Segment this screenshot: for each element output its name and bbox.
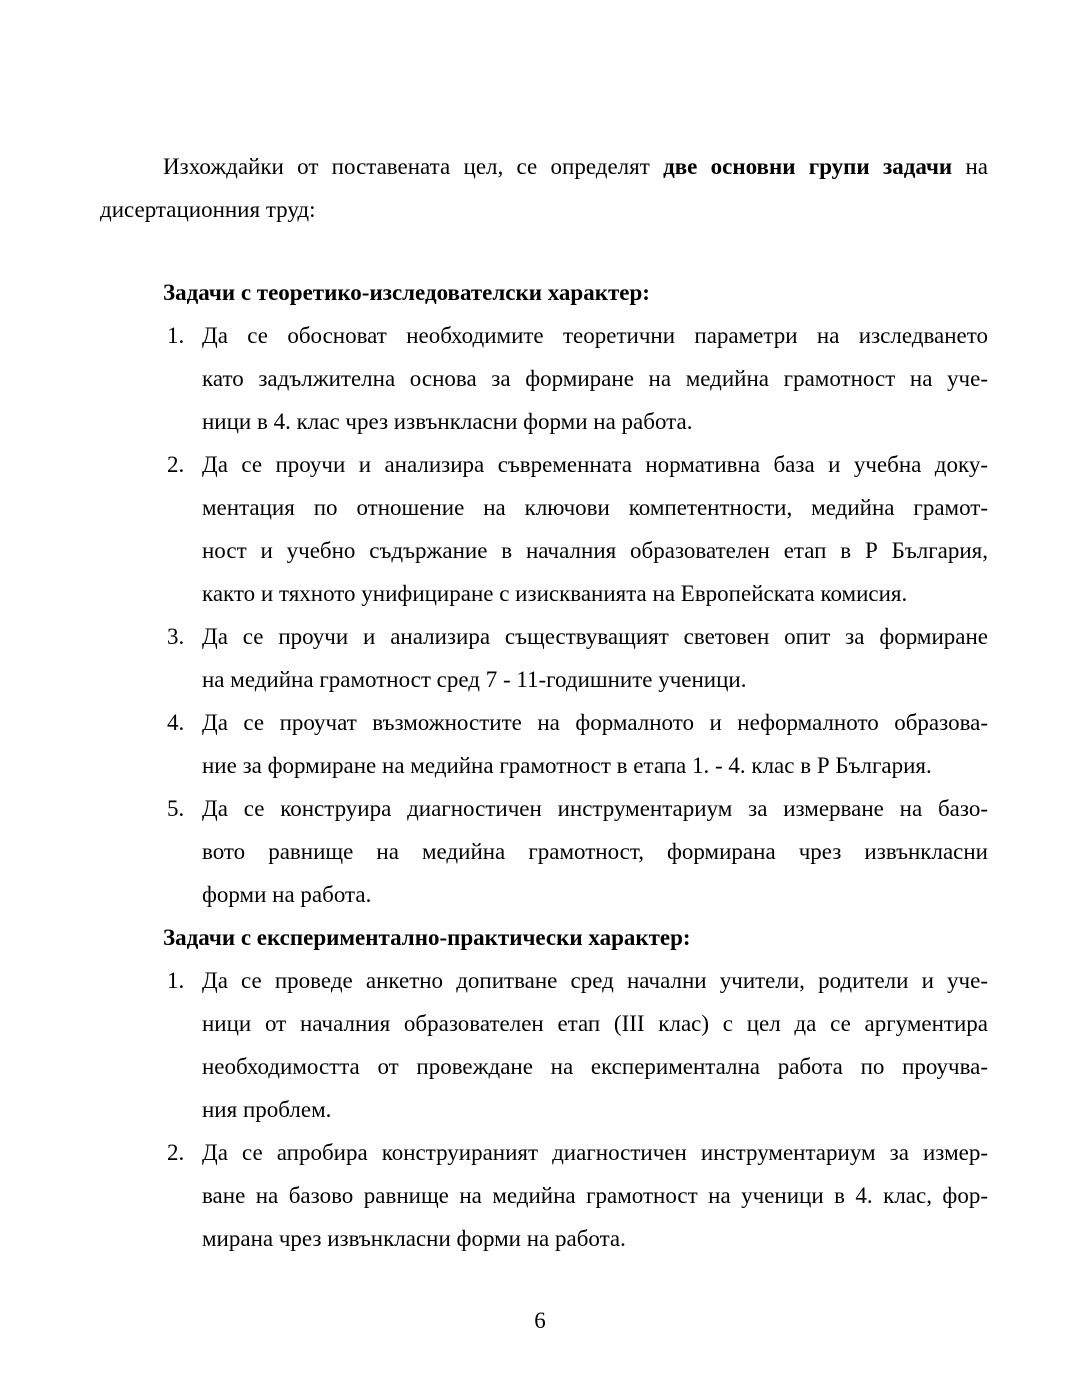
list-item-line: необходимостта от провеждане на експерим…: [202, 1045, 988, 1088]
list-item-number: 5.: [167, 787, 184, 830]
list-item-line: ментация по отношение на ключови компете…: [202, 486, 988, 529]
list-item-line: на медийна грамотност сред 7 - 11-годишн…: [202, 658, 988, 701]
list-item: 3. Да се проучи и анализира съществуващи…: [100, 615, 988, 701]
task-list: 1. Да се проведе анкетно допитване сред …: [100, 959, 988, 1260]
list-item-number: 1.: [167, 959, 184, 1002]
intro-text-pre: Изхождайки от поставената цел, се опреде…: [163, 154, 663, 179]
list-item-number: 3.: [167, 615, 184, 658]
document-page: Изхождайки от поставената цел, се опреде…: [0, 0, 1080, 1397]
list-item-line: ници от началния образователен етап (III…: [202, 1002, 988, 1045]
list-item: 4. Да се проучат възможностите на формал…: [100, 701, 988, 787]
list-item: 2. Да се апробира конструираният диагнос…: [100, 1131, 988, 1260]
intro-line-1: Изхождайки от поставената цел, се опреде…: [100, 145, 988, 188]
list-item-line: мирана чрез извънкласни форми на работа.: [202, 1217, 988, 1260]
list-item-line: ние за формиране на медийна грамотност в…: [202, 744, 988, 787]
list-item-line: Да се апробира конструираният диагностич…: [202, 1131, 988, 1174]
section-heading: Задачи с теоретико-изследователски харак…: [163, 271, 988, 314]
list-item: 5. Да се конструира диагностичен инструм…: [100, 787, 988, 916]
task-list: 1. Да се обосноват необходимите теоретич…: [100, 314, 988, 916]
list-item-number: 4.: [167, 701, 184, 744]
list-item-number: 2.: [167, 1131, 184, 1174]
list-item-number: 2.: [167, 443, 184, 486]
list-item-line: Да се проучи и анализира съвременната но…: [202, 443, 988, 486]
list-item-line: ност и учебно съдържание в началния обра…: [202, 529, 988, 572]
task-section: Задачи с експериментално-практически хар…: [100, 916, 988, 1260]
list-item-line: като задължителна основа за формиране на…: [202, 357, 988, 400]
task-sections: Задачи с теоретико-изследователски харак…: [100, 271, 988, 1260]
list-item-line: ници в 4. клас чрез извънкласни форми на…: [202, 400, 988, 443]
list-item-number: 1.: [167, 314, 184, 357]
list-item: 1. Да се обосноват необходимите теоретич…: [100, 314, 988, 443]
list-item-line: Да се обосноват необходимите теоретични …: [202, 314, 988, 357]
list-item-line: вото равнище на медийна грамотност, форм…: [202, 830, 988, 873]
task-section: Задачи с теоретико-изследователски харак…: [100, 271, 988, 916]
list-item-line: Да се проведе анкетно допитване сред нач…: [202, 959, 988, 1002]
list-item-line: ния проблем.: [202, 1088, 988, 1131]
list-item: 1. Да се проведе анкетно допитване сред …: [100, 959, 988, 1131]
list-item-line: както и тяхното унифициране с изисквания…: [202, 572, 988, 615]
section-heading: Задачи с експериментално-практически хар…: [163, 916, 988, 959]
list-item: 2. Да се проучи и анализира съвременната…: [100, 443, 988, 615]
page-number: 6: [0, 1299, 1080, 1342]
intro-text-post: на: [952, 154, 988, 179]
intro-paragraph: Изхождайки от поставената цел, се опреде…: [100, 145, 988, 231]
list-item-line: Да се конструира диагностичен инструмент…: [202, 787, 988, 830]
list-item-line: Да се проучат възможностите на формалнот…: [202, 701, 988, 744]
intro-text-bold: две основни групи задачи: [663, 154, 952, 179]
intro-line-2: дисертационния труд:: [100, 188, 988, 231]
list-item-line: форми на работа.: [202, 873, 988, 916]
list-item-line: ване на базово равнище на медийна грамот…: [202, 1174, 988, 1217]
list-item-line: Да се проучи и анализира съществуващият …: [202, 615, 988, 658]
page-content: Изхождайки от поставената цел, се опреде…: [0, 0, 1080, 1260]
